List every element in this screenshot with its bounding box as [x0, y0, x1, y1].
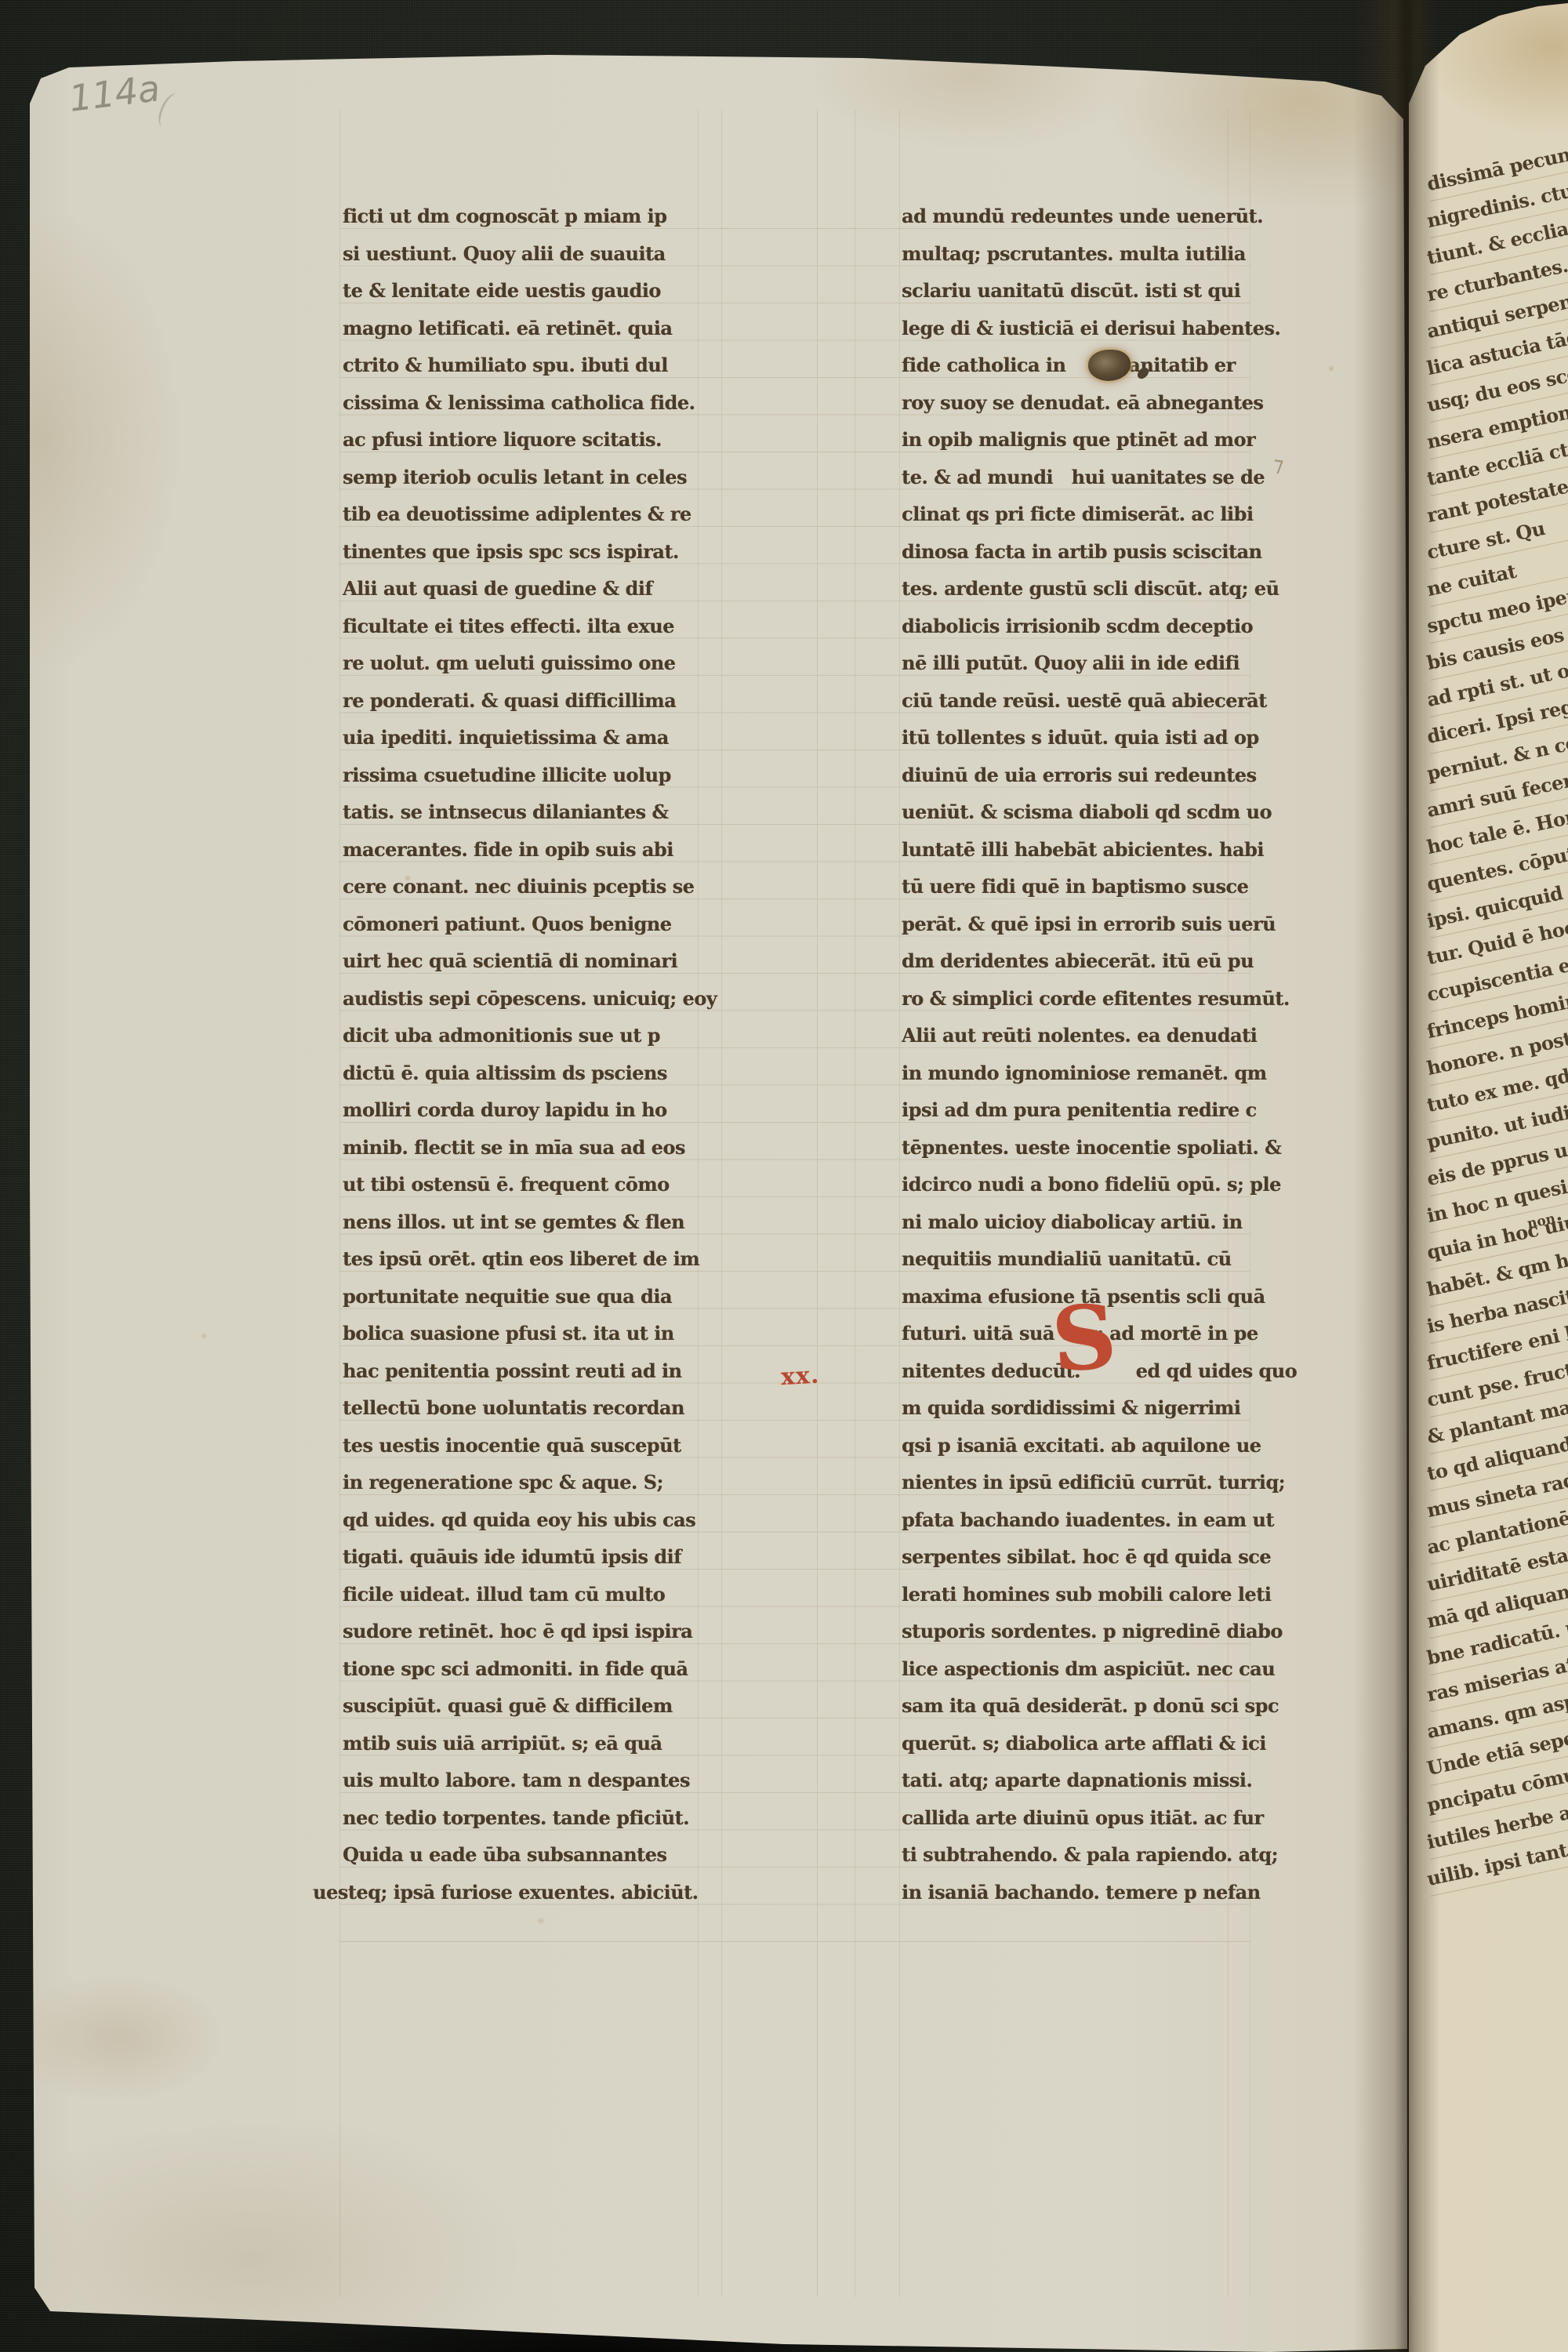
manuscript-text-line: mtib suis uiā arripiūt. s; eā quā: [343, 1725, 662, 1762]
manuscript-text-line: tati. atq; aparte dapnationis missi.: [902, 1762, 1252, 1799]
manuscript-text-line: in regeneratione spc & aque. S;: [343, 1464, 663, 1501]
manuscript-text-line: re ponderati. & quasi difficillima: [343, 682, 676, 720]
manuscript-text-line: tinentes que ipsis spc scs ispirat.: [343, 533, 679, 571]
manuscript-photo-screenshot: { "photo": { "folio_number_pencil": "114…: [0, 0, 1568, 2352]
manuscript-text-line: nens illos. ut int se gemtes & flen: [343, 1203, 684, 1241]
manuscript-text-line: idcirco nudi a bono fideliū opū. s; ple: [902, 1166, 1281, 1203]
manuscript-text-line: molliri corda duroy lapidu in ho: [343, 1091, 667, 1129]
manuscript-text-line: cere conant. nec diuinis pceptis se: [343, 868, 694, 906]
manuscript-text-line: tes ipsū orēt. qtin eos liberet de im: [343, 1240, 699, 1278]
manuscript-text-line: si uestiunt. Quoy alii de suauita: [343, 235, 666, 273]
manuscript-text-line: nientes in ipsū edificiū currūt. turriq;: [902, 1464, 1285, 1501]
manuscript-text-line: pfata bachando iuadentes. in eam ut: [902, 1501, 1274, 1539]
manuscript-text-line: ut tibi ostensū ē. frequent cōmo: [343, 1166, 670, 1203]
marginal-chapter-number-red: xx.: [780, 1362, 820, 1392]
manuscript-text-line: luntatē illi habebāt abicientes. habi: [902, 831, 1264, 869]
manuscript-text-line: re uolut. qm ueluti guissimo one: [343, 644, 675, 682]
manuscript-text-line: te. & ad mundi hui uanitates se de: [902, 459, 1265, 496]
ruling-vertical: [721, 110, 722, 2297]
manuscript-text-line: cōmoneri patiunt. Quos benigne: [343, 906, 671, 943]
manuscript-text-line: Alii aut reūti nolentes. ea denudati: [902, 1017, 1257, 1054]
manuscript-text-line: uis multo labore. tam n despantes: [343, 1762, 690, 1799]
manuscript-page-verso: 114a ficti ut dm cognoscāt p miam ipsi u…: [0, 0, 1568, 2352]
manuscript-text-line: tione spc sci admoniti. in fide quā: [343, 1650, 688, 1688]
manuscript-text-line: ciū tande reūsi. uestē quā abiecerāt: [902, 682, 1267, 720]
manuscript-text-line: ro & simplici corde efitentes resumūt.: [902, 980, 1290, 1018]
manuscript-text-line: ti subtrahendo. & pala rapiendo. atq;: [902, 1836, 1278, 1874]
manuscript-text-line: uirt hec quā scientiā di nominari: [343, 942, 677, 980]
manuscript-text-line: macerantes. fide in opib suis abi: [343, 831, 673, 869]
manuscript-photo: 114a ficti ut dm cognoscāt p miam ipsi u…: [0, 0, 1568, 2352]
manuscript-text-line: qsi p isaniā excitati. ab aquilone ue: [902, 1427, 1261, 1465]
manuscript-text-line: uesteq; ipsā furiose exuentes. abiciūt.: [313, 1874, 698, 1911]
manuscript-text-line: minib. flectit se in mīa sua ad eos: [343, 1129, 685, 1167]
manuscript-text-line: tes uestis inocentie quā suscepūt: [343, 1427, 681, 1465]
manuscript-text-line: clinat qs pri ficte dimiserāt. ac libi: [902, 495, 1253, 533]
manuscript-text-line: stuporis sordentes. p nigredinē diabo: [902, 1613, 1283, 1650]
manuscript-text-line: ctrito & humiliato spu. ibuti dul: [343, 347, 668, 384]
folio-number-pencil: 114a: [67, 67, 162, 120]
manuscript-text-line: tigati. quāuis ide idumtū ipsis dif: [343, 1538, 681, 1576]
manuscript-text-line: m quida sordidissimi & nigerrimi: [902, 1389, 1240, 1427]
manuscript-text-line: dinosa facta in artib pusis sciscitan: [902, 533, 1262, 571]
manuscript-text-line: rissima csuetudine illicite uolup: [343, 757, 671, 794]
manuscript-text-line: qd uides. qd quida eoy his ubis cas: [343, 1501, 695, 1539]
manuscript-text-line: lerati homines sub mobili calore leti: [902, 1576, 1271, 1613]
manuscript-text-line: semp iteriob oculis letant in celes: [343, 459, 687, 496]
manuscript-text-line: lice aspectionis dm aspiciūt. nec cau: [902, 1650, 1275, 1688]
manuscript-text-line: tēpnentes. ueste inocentie spoliati. &: [902, 1129, 1281, 1167]
manuscript-text-line: Quida u eade ūba subsannantes: [343, 1836, 666, 1874]
manuscript-text-line: ipsi ad dm pura penitentia redire c: [902, 1091, 1257, 1129]
ruling-vertical: [855, 110, 855, 2297]
manuscript-text-line: serpentes sibilat. hoc ē qd quida sce: [902, 1538, 1271, 1576]
manuscript-text-line: nē illi putūt. Quoy alii in ide edifi: [902, 644, 1240, 682]
margin-mark: ⁊: [1272, 452, 1285, 477]
manuscript-text-line: in opib malignis que ptinēt ad mor: [902, 421, 1255, 459]
manuscript-text-line: dictū ē. quia altissim ds psciens: [343, 1054, 667, 1092]
manuscript-text-line: uia ipediti. inquietissima & ama: [343, 719, 669, 757]
manuscript-text-line: sam ita quā desiderāt. p donū sci spc: [902, 1687, 1279, 1725]
manuscript-text-line: diuinū de uia erroris sui redeuntes: [902, 757, 1256, 794]
manuscript-text-line: tū uere fidi quē in baptismo susce: [902, 868, 1248, 906]
manuscript-text-line: dm deridentes abiecerāt. itū eū pu: [902, 942, 1254, 980]
manuscript-text-line: Alii aut quasi de guedine & dif: [343, 570, 652, 608]
manuscript-text-line: magno letificati. eā retinēt. quia: [343, 310, 672, 347]
manuscript-text-line: fide catholica in uanitatib er: [902, 347, 1236, 384]
manuscript-text-line: querūt. s; diabolica arte afflati & ici: [902, 1725, 1266, 1762]
manuscript-text-line: roy suoy se denudat. eā abnegantes: [902, 384, 1263, 422]
manuscript-text-line: hac penitentia possint reuti ad in: [343, 1352, 682, 1390]
manuscript-text-line: in mundo ignominiose remanēt. qm: [902, 1054, 1267, 1092]
manuscript-text-line: nequitiis mundialiū uanitatū. cū: [902, 1240, 1232, 1278]
rubric-initial-letter: S: [1049, 1293, 1119, 1385]
manuscript-text-line: ad mundū redeuntes unde uenerūt.: [902, 198, 1263, 235]
ruling-vertical: [899, 110, 900, 2297]
manuscript-text-line: suscipiūt. quasi guē & difficilem: [343, 1687, 673, 1725]
manuscript-text-line: diabolicis irrisionib scdm deceptio: [902, 608, 1253, 645]
manuscript-text-line: portunitate nequitie sue qua dia: [343, 1278, 672, 1316]
manuscript-text-line: tellectū bone uoluntatis recordan: [343, 1389, 684, 1427]
ruling-vertical: [339, 110, 340, 2297]
ruling-vertical: [698, 110, 699, 2297]
manuscript-text-line: cissima & lenissima catholica fide.: [343, 384, 695, 422]
manuscript-text-line: callida arte diuinū opus itiāt. ac fur: [902, 1799, 1264, 1837]
manuscript-text-line: audistis sepi cōpescens. unicuiq; eoy: [343, 980, 717, 1018]
manuscript-text-line: ni malo uicioy diabolicay artiū. in: [902, 1203, 1243, 1241]
manuscript-text-line: multaq; pscrutantes. multa iutilia: [902, 235, 1246, 273]
manuscript-text-line: in isaniā bachando. temere p nefan: [902, 1874, 1261, 1911]
ruling-vertical: [817, 110, 818, 2297]
manuscript-text-line: sclariu uanitatū discūt. isti st qui: [902, 272, 1240, 310]
manuscript-text-line: dicit uba admonitionis sue ut p: [343, 1017, 660, 1054]
manuscript-text-line: tes. ardente gustū scli discūt. atq; eū: [902, 570, 1279, 608]
manuscript-text-line: perāt. & quē ipsi in errorib suis uerū: [902, 906, 1276, 943]
manuscript-text-line: ficile uideat. illud tam cū multo: [343, 1576, 665, 1613]
manuscript-text-line: nec tedio torpentes. tande pficiūt.: [343, 1799, 689, 1837]
manuscript-text-line: ueniūt. & scisma diaboli qd scdm uo: [902, 793, 1272, 831]
manuscript-text-line: itū tollentes s iduūt. quia isti ad op: [902, 719, 1259, 757]
manuscript-text-line: lege di & iusticiā ei derisui habentes.: [902, 310, 1280, 347]
manuscript-text-line: te & lenitate eide uestis gaudio: [343, 272, 661, 310]
manuscript-text-line: ficultate ei tites effecti. ilta exue: [343, 608, 674, 645]
manuscript-text-line: ac pfusi intiore liquore scitatis.: [343, 421, 662, 459]
manuscript-text-line: ficti ut dm cognoscāt p miam ip: [343, 198, 666, 235]
manuscript-text-line: bolica suasione pfusi st. ita ut in: [343, 1315, 674, 1352]
manuscript-text-line: tatis. se intnsecus dilaniantes &: [343, 793, 669, 831]
manuscript-text-line: tib ea deuotissime adiplentes & re: [343, 495, 691, 533]
manuscript-text-line: sudore retinēt. hoc ē qd ipsi ispira: [343, 1613, 692, 1650]
